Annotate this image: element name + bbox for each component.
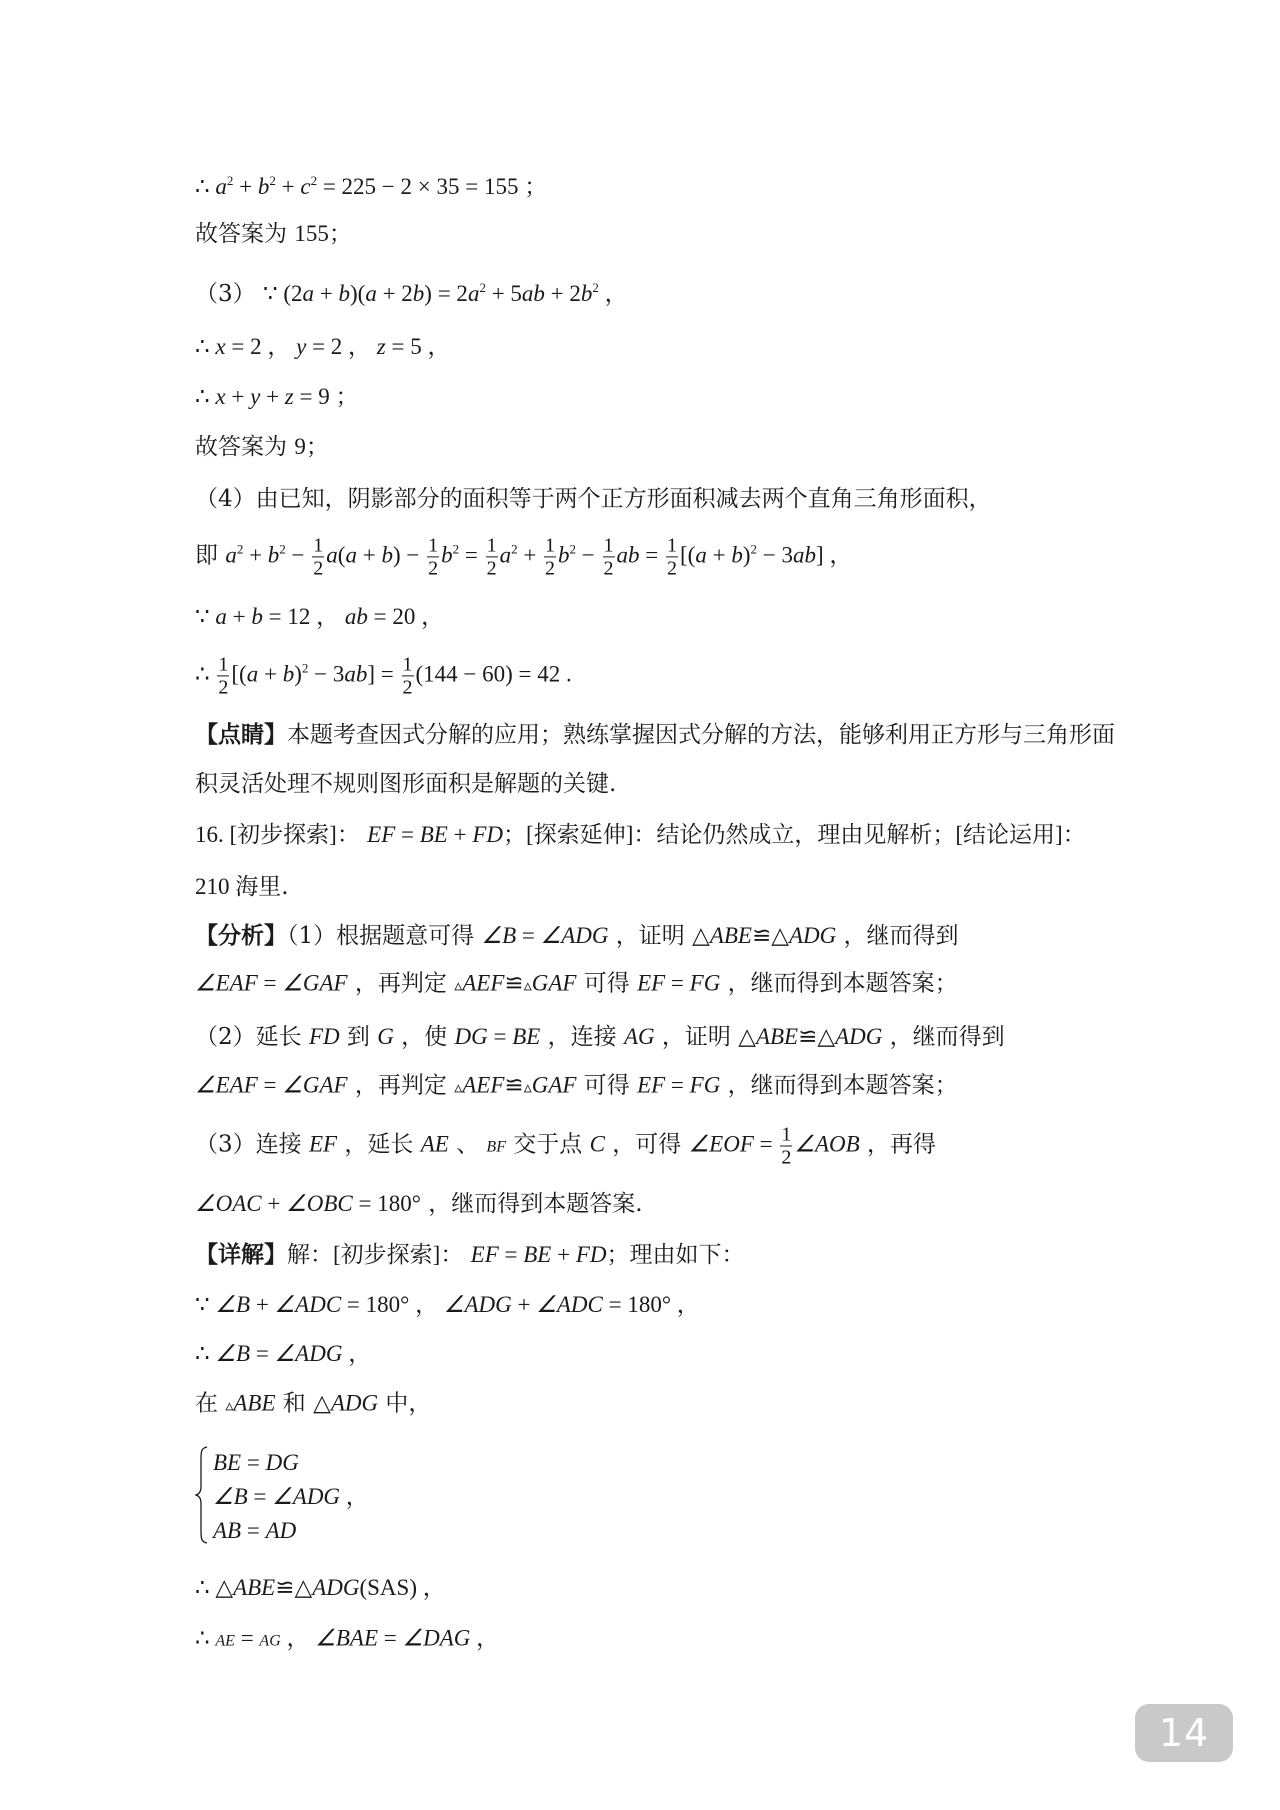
text: 初步探索 (341, 1242, 433, 1268)
denominator: 2 (427, 558, 439, 580)
math-variable: ab (793, 542, 816, 567)
text: ： (1063, 822, 1086, 848)
text-line: ∴ 12[(a + b)2 − 3ab] = 12(144 − 60) = 42… (195, 653, 572, 698)
math-text: + (260, 384, 284, 409)
math-text: + (448, 822, 472, 847)
math-variable: ABE (233, 1391, 275, 1416)
fraction: 12 (603, 535, 615, 580)
math-text: △ (692, 923, 710, 948)
fraction: 12 (217, 654, 229, 699)
math-text: ， (281, 1626, 316, 1651)
math-text: = (488, 1024, 512, 1049)
math-variable: G (377, 1024, 394, 1049)
text: ，继而得到本题答案. (421, 1191, 643, 1217)
math-text: = 5 ， (386, 334, 451, 359)
math-variable: ADG (789, 923, 836, 948)
text: 中， (378, 1391, 431, 1417)
math-text: + (314, 281, 338, 306)
math-variable: b (558, 542, 570, 567)
math-variable: ∠AOB (794, 1131, 859, 1156)
text-line: ∴ AE = AG ， ∠BAE = ∠DAG ， (195, 1624, 499, 1657)
math-variable: b (283, 661, 295, 686)
math-variable: FD (576, 1242, 607, 1267)
math-text: [ (955, 822, 963, 847)
math-variable: AEF (462, 971, 504, 996)
math-text: [( (680, 542, 695, 567)
numerator: 1 (312, 535, 324, 558)
math-text: = (459, 542, 483, 567)
text: ，证明 (609, 923, 693, 949)
math-variable: ∠ADG (444, 1292, 512, 1317)
math-text: = (241, 1518, 265, 1543)
math-variable: x (215, 384, 225, 409)
math-text: = (640, 542, 664, 567)
math-text: = (248, 1484, 272, 1509)
text: ，证明 (655, 1024, 739, 1050)
math-variable: ∠OAC (195, 1191, 262, 1216)
math-text: − (286, 542, 310, 567)
text: ，使 (394, 1024, 455, 1050)
math-variable: a (247, 661, 259, 686)
text: ，可得 (605, 1131, 689, 1157)
text: 解： (287, 1242, 333, 1268)
text: 探索延伸 (534, 822, 626, 848)
math-variable: y (250, 384, 260, 409)
text-line: ∴ a2 + b2 + c2 = 225 − 2 × 35 = 155 ； (195, 166, 547, 202)
math-variable: ∠B (481, 923, 516, 948)
math-variable: ∠B (215, 1341, 250, 1366)
math-variable: AD (266, 1518, 297, 1543)
math-text: = 180° (353, 1191, 421, 1216)
text: （3） (195, 281, 263, 307)
math-text: ≌△ (752, 923, 789, 948)
math-text: (SAS) ， (359, 1575, 445, 1600)
text-line: ∴ x = 2 ， y = 2 ， z = 5 ， (195, 332, 450, 362)
text: ；理由如下： (607, 1242, 745, 1268)
math-variable: ∠EAF (195, 971, 258, 996)
math-text: 155 (294, 221, 329, 246)
math-variable-small: AG (259, 1633, 280, 1650)
text: 海里. (235, 874, 288, 900)
text-line: 故答案为 155； (195, 219, 352, 249)
math-variable: FD (309, 1024, 340, 1049)
math-variable: ∠B (213, 1484, 248, 1509)
math-text: = 2 ， (306, 334, 376, 359)
text: ，继而得到 (836, 923, 958, 949)
text: ： (440, 1242, 470, 1268)
math-text: )( (350, 281, 365, 306)
math-text: ∴ (195, 384, 215, 409)
math-variable: EF (637, 1073, 665, 1098)
denominator: 2 (666, 558, 678, 580)
math-text: + (276, 174, 300, 199)
equation-row: BE = DG (213, 1446, 369, 1480)
math-variable: ABE (756, 1024, 798, 1049)
math-text: ] = (367, 661, 399, 686)
math-variable: z (377, 334, 386, 359)
math-text: ∴ (195, 661, 215, 686)
numerator: 1 (666, 535, 678, 558)
text-line: （2）延长 FD 到 G ，使 DG = BE ，连接 AG ，证明 △ABE≌… (195, 1022, 1005, 1052)
math-text: = (241, 1450, 265, 1475)
text: 、 (449, 1131, 487, 1157)
triangle-symbol: ▵ (524, 978, 532, 995)
math-text: ) (294, 661, 302, 686)
section-label: 【点睛】 (195, 721, 287, 748)
math-text: = 20 ， (368, 604, 444, 629)
math-variable: ∠ADC (275, 1292, 342, 1317)
math-variable: AB (213, 1518, 241, 1543)
text-line: 210 海里. (195, 872, 289, 902)
denominator: 2 (217, 677, 229, 699)
triangle-symbol: ▵ (524, 1080, 532, 1097)
text: 到 (340, 1024, 378, 1050)
math-variable: AEF (462, 1073, 504, 1098)
fraction: 12 (312, 535, 324, 580)
text: ，再判定 (348, 971, 455, 997)
math-variable: GAF (532, 1073, 577, 1098)
math-text: − 3 (308, 661, 344, 686)
math-variable: BE (512, 1024, 540, 1049)
math-text: = 180° ， (603, 1292, 700, 1317)
math-variable: ∠ADC (536, 1292, 603, 1317)
numerator: 1 (402, 654, 414, 677)
math-variable: DG (455, 1024, 488, 1049)
text: ：结论仍然成立，理由见解析； (633, 822, 955, 848)
text: （1）根据题意可得 (287, 923, 481, 949)
math-text: + 2 (377, 281, 413, 306)
math-variable: a (500, 542, 512, 567)
math-text: △ (313, 1391, 331, 1416)
math-text: + (512, 1292, 536, 1317)
math-text: + 2 (545, 281, 581, 306)
math-variable: b (381, 542, 393, 567)
text: 初步探索 (237, 822, 329, 848)
math-variable: GAF (532, 971, 577, 996)
math-variable: BE (523, 1242, 551, 1267)
math-variable: b (338, 281, 350, 306)
denominator: 2 (544, 558, 556, 580)
math-variable: a (326, 542, 338, 567)
math-text: = 12 ， (263, 604, 345, 629)
math-variable: DG (266, 1450, 299, 1475)
math-text: ] ， (816, 542, 852, 567)
text-line: 积灵活处理不规则图形面积是解题的关键. (195, 769, 616, 799)
math-text: = (665, 1073, 689, 1098)
text-line: 16. [初步探索]： EF = BE + FD；[探索延伸]：结论仍然成立，理… (195, 820, 1086, 850)
math-text: ∵ (2 (263, 281, 303, 306)
math-text: − 3 (757, 542, 793, 567)
text: ，连接 (540, 1024, 624, 1050)
math-variable: b (581, 281, 593, 306)
math-text: = 225 − 2 × 35 = 155 ； (317, 174, 547, 199)
fraction: 12 (780, 1124, 792, 1169)
math-text: ≌△ (275, 1575, 312, 1600)
math-variable: c (300, 174, 310, 199)
math-variable-small: BF (486, 1138, 506, 1155)
math-variable: ∠B (215, 1292, 250, 1317)
equation-rows: BE = DG∠B = ∠ADG ，AB = AD (213, 1446, 369, 1548)
math-text: ∴ (195, 334, 215, 359)
equation-row: AB = AD (213, 1514, 369, 1548)
math-variable: EF (637, 971, 665, 996)
math-text: ] (329, 822, 337, 847)
math-variable: b (268, 542, 280, 567)
math-text: ∴ (195, 1341, 215, 1366)
math-text: ∴ △ (195, 1575, 233, 1600)
math-text: + (518, 542, 542, 567)
page-number: 14 (1159, 1711, 1209, 1755)
math-text: [ (333, 1242, 341, 1267)
text: ； (329, 221, 352, 247)
math-text: ∵ (195, 1292, 215, 1317)
math-variable: b (731, 542, 743, 567)
text: 积灵活处理不规则图形面积是解题的关键. (195, 771, 616, 797)
math-variable: C (590, 1131, 605, 1156)
text: 故答案为 (195, 434, 294, 460)
math-variable: a (303, 281, 315, 306)
math-variable: EF (471, 1242, 499, 1267)
text: 和 (276, 1391, 314, 1417)
math-variable: FG (690, 971, 721, 996)
math-variable: b (258, 174, 270, 199)
math-variable: ADG (835, 1024, 882, 1049)
math-text: = (378, 1626, 402, 1651)
text-line: 【点睛】本题考查因式分解的应用；熟练掌握因式分解的方法，能够利用正方形与三角形面 (195, 720, 1115, 750)
denominator: 2 (402, 677, 414, 699)
math-variable: AE (421, 1131, 449, 1156)
text: ，继而得到本题答案； (720, 1073, 957, 1099)
math-text: + (233, 174, 257, 199)
math-text: + 5 (486, 281, 522, 306)
math-text: + (226, 384, 250, 409)
page-number-badge: 14 (1135, 1704, 1233, 1762)
math-text: ∴ (195, 1626, 215, 1651)
text-line: （3） ∵ (2a + b)(a + 2b) = 2a2 + 5ab + 2b2… (195, 273, 628, 309)
numerator: 1 (217, 654, 229, 677)
math-variable: a (345, 542, 357, 567)
math-variable: a (225, 542, 237, 567)
numerator: 1 (603, 535, 615, 558)
math-text: = (235, 1626, 259, 1651)
math-text: + (250, 1292, 274, 1317)
math-variable: ABE (233, 1575, 275, 1600)
math-text: + (262, 1191, 286, 1216)
section-label: 【分析】 (195, 922, 287, 949)
fraction: 12 (486, 535, 498, 580)
text-line: 【分析】（1）根据题意可得 ∠B = ∠ADG ，证明 △ABE≌△ADG ，继… (195, 921, 959, 951)
math-text: ， (340, 1484, 369, 1509)
text-line: ∴ x + y + z = 9 ； (195, 382, 358, 412)
math-text: (144 − 60) = 42 . (416, 661, 572, 686)
math-text: ， (599, 281, 628, 306)
fraction: 12 (544, 535, 556, 580)
math-variable: ∠EOF (689, 1131, 754, 1156)
math-text: = (499, 1242, 523, 1267)
math-variable: BE (420, 822, 448, 847)
text-line: （3）连接 EF ，延长 AE 、 BF 交于点 C ，可得 ∠EOF = 12… (195, 1124, 936, 1169)
math-variable: ∠DAG (403, 1626, 471, 1651)
math-text: [ (526, 822, 534, 847)
math-text: + (243, 542, 267, 567)
text: ，继而得到 (882, 1024, 1004, 1050)
denominator: 2 (486, 558, 498, 580)
math-variable: b (251, 604, 263, 629)
text-line: ∴ ∠B = ∠ADG ， (195, 1339, 371, 1369)
math-text: = 2 ， (226, 334, 296, 359)
math-text: ) (743, 542, 751, 567)
text: （3）连接 (195, 1131, 309, 1157)
math-text: + (707, 542, 731, 567)
math-variable: ∠EAF (195, 1073, 258, 1098)
math-variable: ab (522, 281, 545, 306)
text: 结论运用 (963, 822, 1055, 848)
text-line: ∴ △ABE≌△ADG(SAS) ， (195, 1573, 446, 1603)
text-line: 【详解】解：[初步探索]： EF = BE + FD；理由如下： (195, 1240, 745, 1270)
math-text: = (258, 1073, 282, 1098)
math-variable: a (365, 281, 377, 306)
math-variable: ∠ADG (275, 1341, 343, 1366)
text-line: 在 ▵ABE 和 △ADG 中， (195, 1389, 431, 1422)
text-line: ∠EAF = ∠GAF ，再判定 ▵AEF≌▵GAF 可得 EF = FG ，继… (195, 1071, 958, 1104)
math-variable: ADG (331, 1391, 378, 1416)
text: 故答案为 (195, 221, 294, 247)
math-variable-small: AE (215, 1633, 235, 1650)
text-line: （4）由已知，阴影部分的面积等于两个正方形面积减去两个直角三角形面积， (195, 484, 992, 514)
math-variable: z (285, 384, 294, 409)
math-variable: a (468, 281, 480, 306)
math-text: 210 (195, 874, 235, 899)
math-text: + (227, 604, 251, 629)
math-variable: ∠OBC (286, 1191, 353, 1216)
math-text: 9 (294, 434, 306, 459)
math-text: ∵ (195, 604, 215, 629)
text: ，继而得到本题答案； (720, 971, 957, 997)
math-variable: a (695, 542, 707, 567)
text-line: ∵ ∠B + ∠ADC = 180° ， ∠ADG + ∠ADC = 180° … (195, 1290, 700, 1320)
text: ，再判定 (348, 1073, 455, 1099)
text: ； (503, 822, 526, 848)
math-text: ≌△ (798, 1024, 835, 1049)
math-text: ] (1055, 822, 1063, 847)
text: ，延长 (337, 1131, 421, 1157)
math-text: ≌ (504, 1073, 523, 1098)
numerator: 1 (780, 1124, 792, 1147)
math-text: △ (738, 1024, 756, 1049)
math-variable: y (296, 334, 306, 359)
math-variable: ab (345, 604, 368, 629)
math-text: = (665, 971, 689, 996)
math-text: ) = 2 (424, 281, 468, 306)
document-page: ∴ a2 + b2 + c2 = 225 − 2 × 35 = 155 ；故答案… (0, 0, 1280, 1810)
text: 在 (195, 1391, 225, 1417)
math-variable: FG (690, 1073, 721, 1098)
math-variable: AG (624, 1024, 655, 1049)
math-text: ∴ (195, 174, 215, 199)
text: 交于点 (506, 1131, 590, 1157)
math-text: ) − (393, 542, 425, 567)
text: ，再得 (860, 1131, 936, 1157)
math-variable: ∠GAF (282, 971, 347, 996)
text: （4）由已知，阴影部分的面积等于两个正方形面积减去两个直角三角形面积， (195, 486, 992, 512)
math-variable: a (215, 174, 227, 199)
text: 本题考查因式分解的应用；熟练掌握因式分解的方法，能够利用正方形与三角形面 (287, 722, 1115, 748)
math-variable: ab (617, 542, 640, 567)
math-text: 16. [ (195, 822, 237, 847)
math-text: ， (342, 1341, 371, 1366)
math-text: = (754, 1131, 778, 1156)
math-text: + (258, 661, 282, 686)
math-text: + (551, 1242, 575, 1267)
math-variable: b (413, 281, 425, 306)
text-line: 故答案为 9； (195, 432, 329, 462)
text: 可得 (576, 1073, 637, 1099)
math-variable: ADG (312, 1575, 359, 1600)
math-variable: ab (344, 661, 367, 686)
math-text: = (395, 822, 419, 847)
denominator: 2 (603, 558, 615, 580)
math-variable: FD (472, 822, 503, 847)
left-brace-icon (195, 1446, 209, 1544)
math-text: [( (231, 661, 246, 686)
numerator: 1 (427, 535, 439, 558)
math-text: = 180° ， (341, 1292, 444, 1317)
math-variable: x (215, 334, 225, 359)
math-variable: EF (367, 822, 395, 847)
math-variable: ∠ADG (272, 1484, 340, 1509)
fraction: 12 (402, 654, 414, 699)
text-line: 即 a2 + b2 − 12a(a + b) − 12b2 = 12a2 + 1… (195, 534, 852, 579)
numerator: 1 (544, 535, 556, 558)
text-line: ∠EAF = ∠GAF ，再判定 ▵AEF≌▵GAF 可得 EF = FG ，继… (195, 969, 958, 1002)
math-text: ≌ (504, 971, 523, 996)
math-variable: BE (213, 1450, 241, 1475)
equation-row: ∠B = ∠ADG ， (213, 1480, 369, 1514)
text: 即 (195, 542, 225, 568)
text-line: ∠OAC + ∠OBC = 180° ，继而得到本题答案. (195, 1189, 643, 1219)
math-variable: EF (309, 1131, 337, 1156)
math-variable: ABE (710, 923, 752, 948)
text: 可得 (576, 971, 637, 997)
text-line: ∵ a + b = 12 ， ab = 20 ， (195, 602, 444, 632)
math-text: + (357, 542, 381, 567)
denominator: 2 (780, 1147, 792, 1169)
math-variable: ∠BAE (315, 1626, 378, 1651)
math-variable: ∠GAF (282, 1073, 347, 1098)
math-text: = (258, 971, 282, 996)
math-variable: a (215, 604, 227, 629)
fraction: 12 (427, 535, 439, 580)
fraction: 12 (666, 535, 678, 580)
section-label: 【详解】 (195, 1241, 287, 1268)
text: ： (337, 822, 367, 848)
math-variable: b (441, 542, 453, 567)
math-text: = (516, 923, 540, 948)
text: ； (306, 434, 329, 460)
numerator: 1 (486, 535, 498, 558)
math-variable: ∠ADG (541, 923, 609, 948)
text: （2）延长 (195, 1024, 309, 1050)
math-text: = (250, 1341, 274, 1366)
math-text: ， (470, 1626, 499, 1651)
denominator: 2 (312, 558, 324, 580)
math-text: − (576, 542, 600, 567)
math-text: = 9 ； (294, 384, 359, 409)
